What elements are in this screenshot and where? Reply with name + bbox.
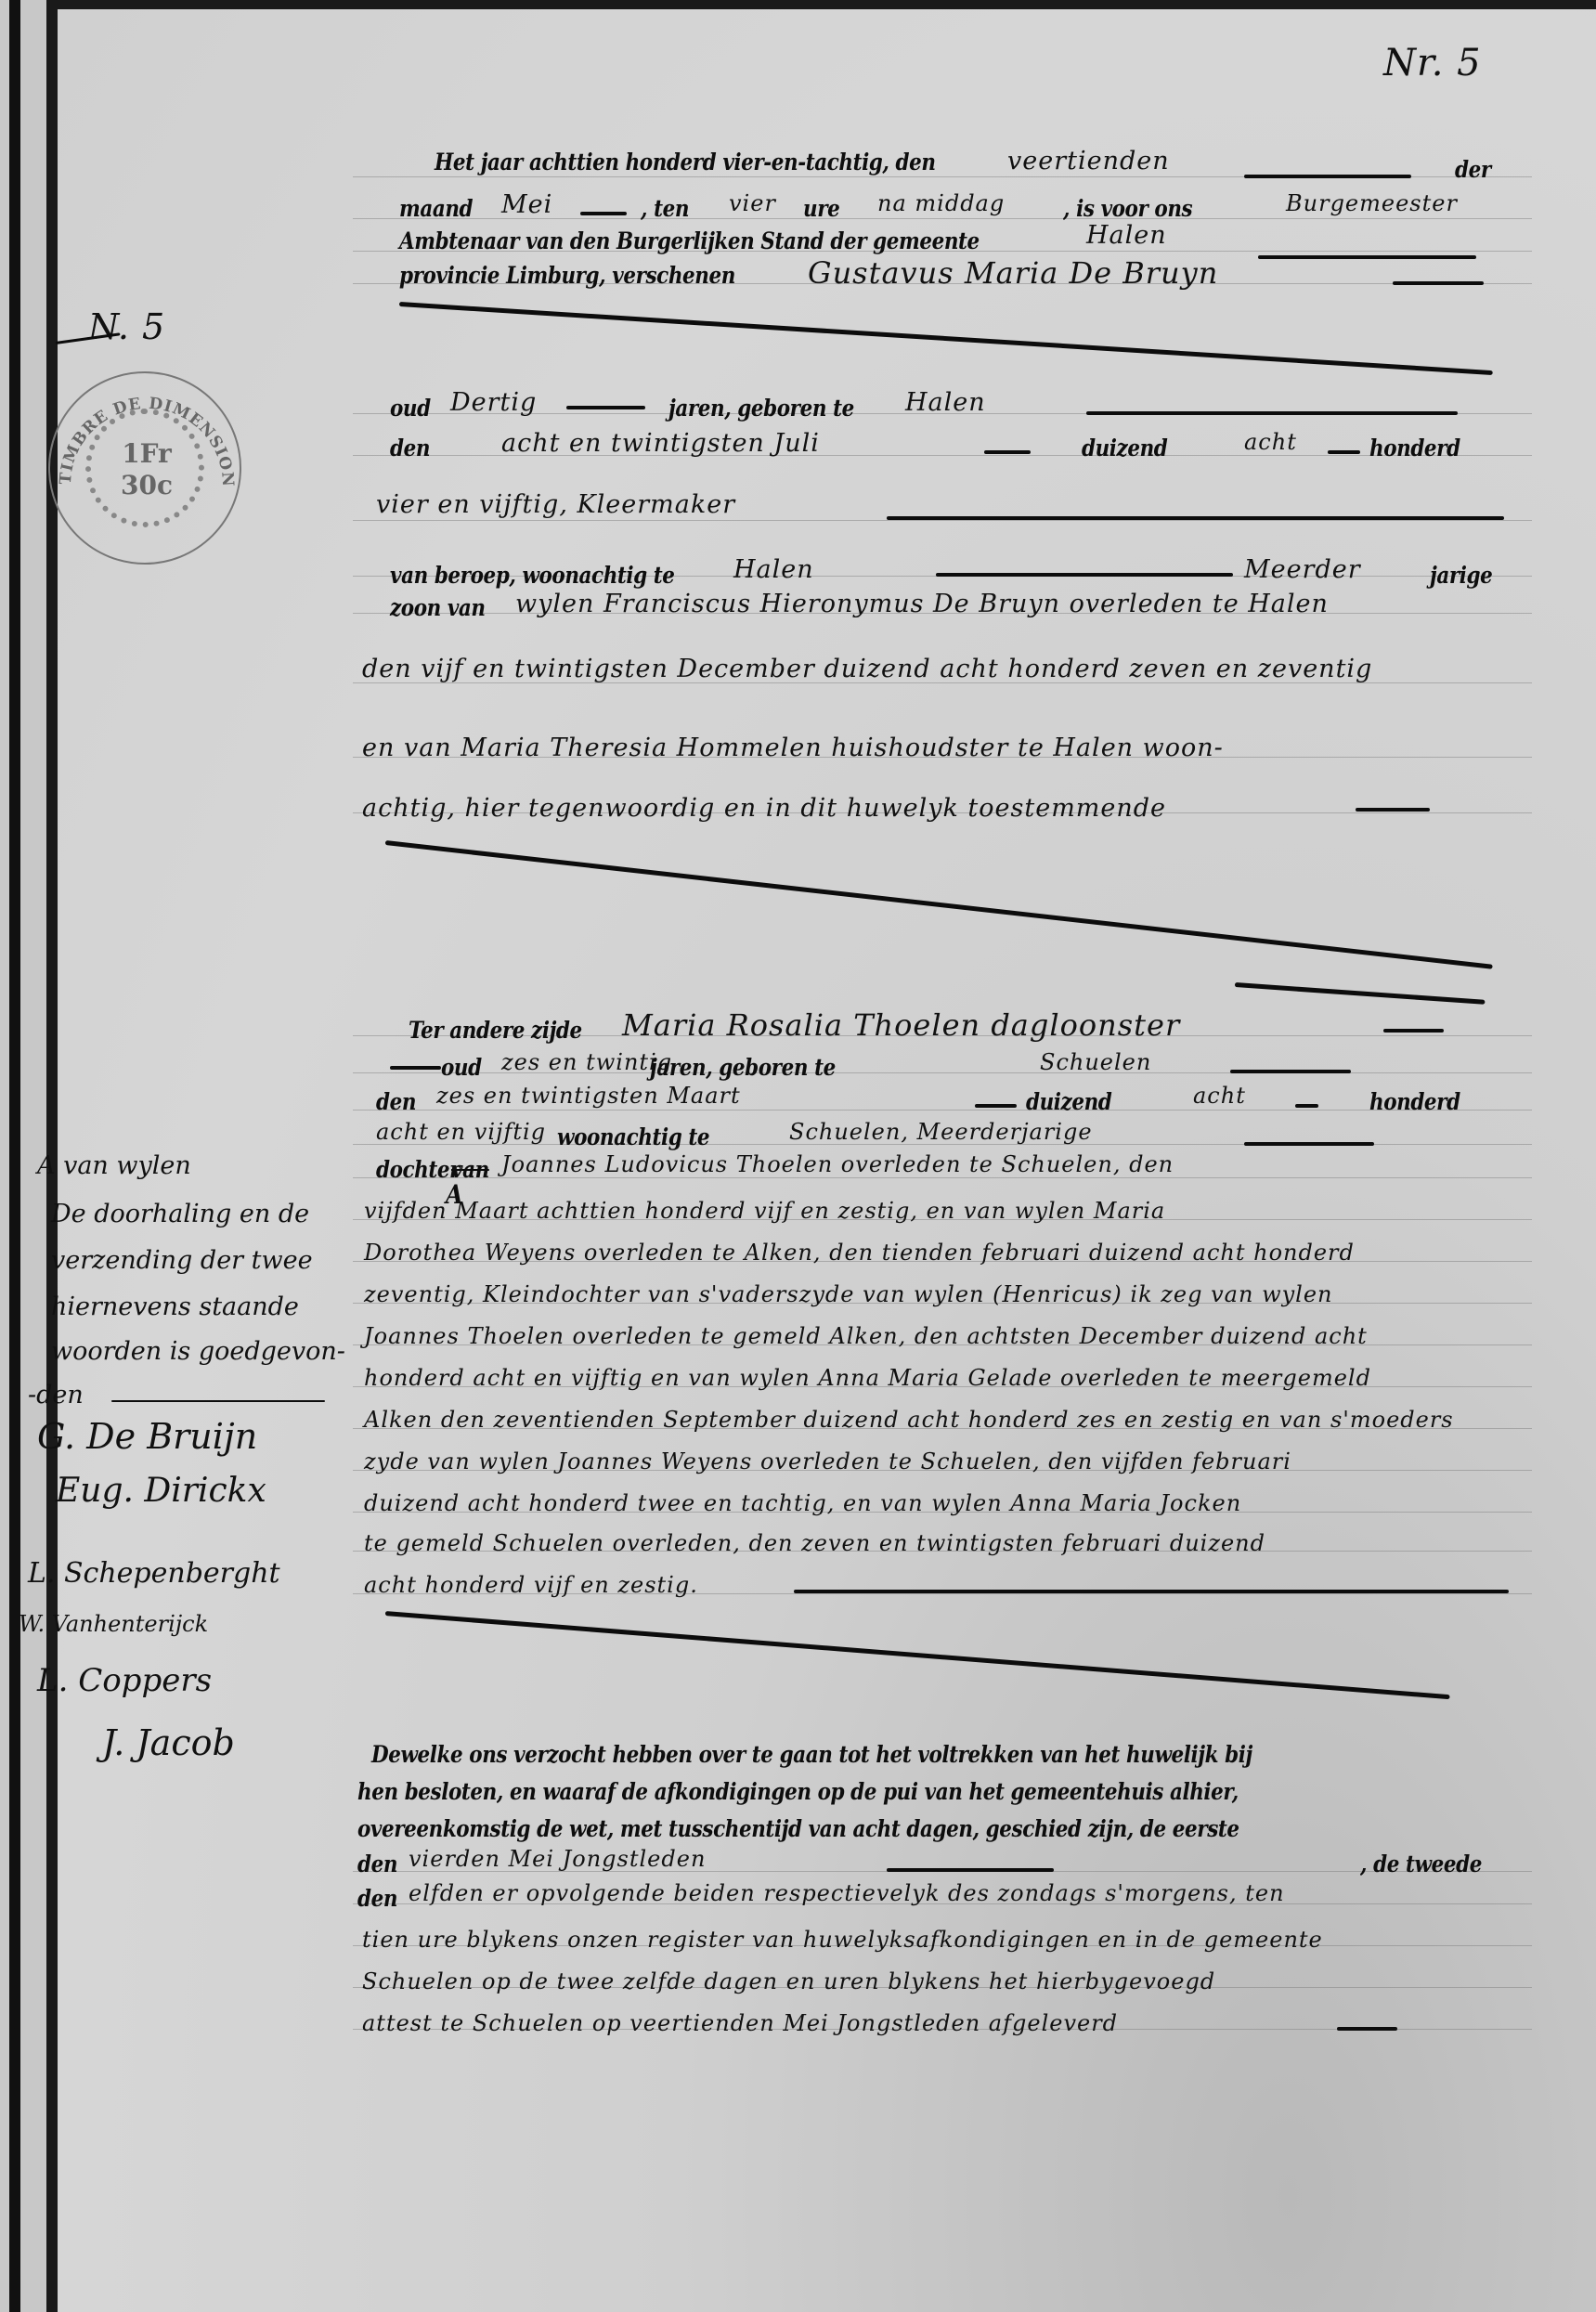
handwritten-first-publication: vierden Mei Jongstleden [409,1846,706,1872]
handwritten-mother: en van Maria Theresia Hommelen huishouds… [362,734,1224,762]
handwritten-official: Burgemeester [1286,190,1458,216]
printed-text: duizend [1026,1088,1111,1115]
handwritten-century: acht [1193,1083,1246,1109]
handwritten-age: Dertig [450,388,537,417]
signature-witness: W. Vanhenterijck [19,1611,208,1637]
handwritten-text: Alken den zeventienden September duizend… [364,1407,1454,1433]
handwritten-majority: Meerder [1244,555,1361,584]
handwritten-text: duizend acht honderd twee en tachtig, en… [364,1490,1241,1516]
fill-line [1328,450,1360,454]
groom-name: Gustavus Maria De Bruyn [808,255,1218,291]
printed-text: Het jaar achttien honderd vier-en-tachti… [435,149,936,175]
handwritten-birthplace: Schuelen [1040,1049,1151,1075]
printed-text: overeenkomstig de wet, met tusschentijd … [357,1815,1239,1842]
handwritten-birthdate: acht en twintigsten Juli [501,429,820,458]
fill-line [1230,1070,1351,1073]
margin-note-line: hiernevens staande [51,1292,299,1321]
fill-line [390,1066,441,1070]
printed-text: provincie Limburg, verschenen [399,262,735,289]
handwritten-occupation: vier en vijftig, Kleermaker [376,490,735,519]
fill-line [1383,1029,1444,1033]
printed-text: honderd [1369,435,1460,461]
handwritten-birthdate: zes en twintigsten Maart [436,1083,741,1109]
handwritten-birthyear: acht en vijftig [376,1119,546,1145]
handwritten-century: acht [1244,429,1297,455]
handwritten-text: honderd acht en vijftig en van wylen Ann… [364,1365,1371,1391]
printed-text: den [376,1088,416,1115]
stamp-value-francs: 1Fr [50,438,243,469]
fill-line [1295,1104,1318,1108]
handwritten-hour: vier [729,190,776,216]
handwritten-text: tien ure blykens onzen register van huwe… [362,1927,1323,1953]
handwritten-text: acht honderd vijf en zestig. [364,1572,698,1598]
signature-groom: G. De Bruijn [37,1416,257,1457]
printed-text: der [1455,156,1491,183]
margin-note-line: -den [28,1381,84,1409]
handwritten-time: na middag [877,190,1005,216]
handwritten-birthplace: Halen [905,388,986,417]
handwritten-residence: Halen [733,555,814,584]
handwritten-father: Joannes Ludovicus Thoelen overleden te S… [501,1151,1174,1177]
signature-witness: Eug. Dirickx [56,1472,266,1510]
printed-text: , is voor ons [1063,195,1192,222]
margin-note-line: verzending der twee [51,1246,313,1275]
handwritten-text: te gemeld Schuelen overleden, den zeven … [364,1530,1265,1556]
printed-text: den [357,1851,397,1877]
printed-text: honderd [1369,1088,1460,1115]
handwritten-day: veertienden [1007,147,1170,175]
handwritten-father-death: den vijf en twintigsten December duizend… [362,655,1372,683]
signature-witness: L. Schepenberght [28,1557,280,1590]
signature-witness: L. Coppers [37,1662,212,1699]
fill-line [1356,808,1430,812]
printed-text: zoon van [390,594,486,621]
fill-line [1337,2027,1397,2031]
stamp-value-centimes: 30c [50,470,243,500]
page-number-mark: Nr. 5 [1383,42,1482,84]
handwritten-text: vijfden Maart achttien honderd vijf en z… [364,1198,1165,1224]
handwritten-text: Joannes Thoelen overleden te gemeld Alke… [364,1323,1368,1349]
handwritten-text: zeventig, Kleindochter van s'vaderszyde … [364,1281,1333,1307]
printed-text: Ter andere zijde [409,1017,582,1044]
printed-text: jaren, geboren te [650,1054,836,1081]
fill-line [1086,411,1458,415]
printed-text: Dewelke ons verzocht hebben over te gaan… [371,1741,1252,1768]
printed-text: hen besloten, en waaraf de afkondigingen… [357,1778,1239,1805]
margin-note-line: A van wylen [37,1151,191,1180]
handwritten-month: Mei [501,190,552,219]
fill-line [580,212,627,215]
handwritten-father: wylen Franciscus Hieronymus De Bruyn ove… [515,590,1329,618]
ruled-line [353,520,1532,521]
fill-line [887,1868,1054,1872]
handwritten-second-publication: elfden er opvolgende beiden respectievel… [409,1880,1285,1906]
printed-text: jarige [1430,562,1492,589]
page-edge [9,0,20,2312]
bride-name: Maria Rosalia Thoelen dagloonster [622,1007,1180,1043]
printed-text: van beroep, woonachtig te [390,562,675,589]
fill-line [936,573,1233,577]
printed-text: duizend [1082,435,1167,461]
margin-note-line: woorden is goedgevon- [51,1337,345,1366]
handwritten-consent: achtig, hier tegenwoordig en in dit huwe… [362,794,1166,823]
handwritten-text: Schuelen op de twee zelfde dagen en uren… [362,1968,1215,1994]
printed-text: jaren, geboren te [668,395,854,422]
fill-line [984,450,1031,454]
printed-text: Ambtenaar van den Burgerlijken Stand der… [399,227,980,254]
printed-text: , de tweede [1360,1851,1482,1877]
printed-text: den [357,1885,397,1912]
printed-text: , ten [641,195,689,222]
printed-text: oud [441,1054,482,1081]
fill-line [1244,175,1411,178]
margin-note-line: De doorhaling en de [51,1200,309,1228]
printed-text: den [390,435,430,461]
printed-text: oud [390,395,431,422]
fill-line [1393,281,1484,285]
printed-text: woonachtig te [557,1124,709,1150]
printed-text: ure [803,195,839,222]
handwritten-text: attest te Schuelen op veertienden Mei Jo… [362,2010,1118,2036]
ruled-line [353,1110,1532,1111]
fill-line [1258,255,1476,259]
margin-note-underline [111,1400,325,1402]
handwritten-residence: Schuelen, Meerderjarige [789,1119,1093,1145]
entry-number: N. 5 [88,306,165,347]
fill-line [887,516,1504,520]
signature-official: J. Jacob [102,1722,235,1763]
handwritten-text: Dorothea Weyens overleden te Alken, den … [364,1240,1355,1266]
fill-line [975,1104,1017,1108]
fill-line [566,406,645,409]
printed-text: maand [399,195,473,222]
tax-stamp: TIMBRE DE DIMENSION 1Fr 30c [48,371,241,565]
handwritten-municipality: Halen [1086,221,1167,250]
handwritten-text: zyde van wylen Joannes Weyens overleden … [364,1448,1291,1474]
ruled-line [353,1177,1532,1178]
fill-line [1244,1142,1374,1146]
fill-line [794,1590,1509,1593]
handwritten-age: zes en twintig [501,1049,672,1075]
